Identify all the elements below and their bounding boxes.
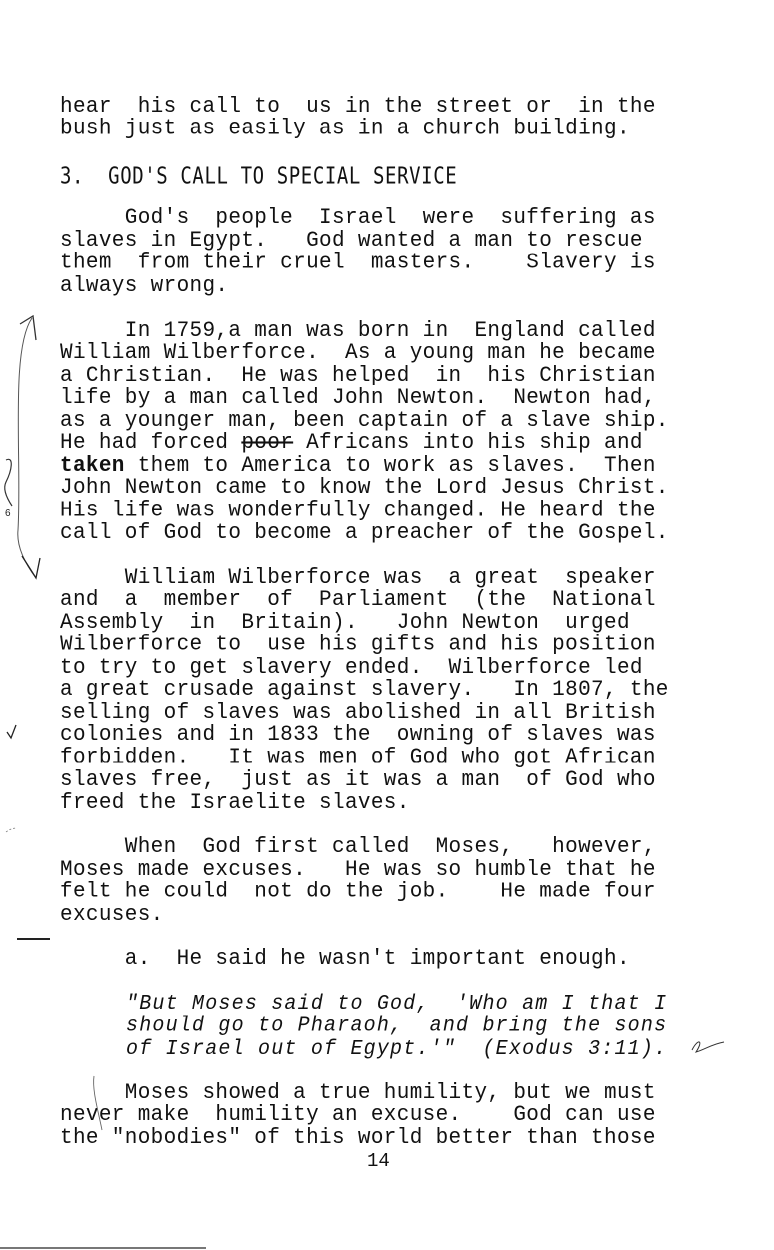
scripture-quote-line: "But Moses said to God, 'Who am I that I: [60, 993, 667, 1016]
scripture-quote-line: of Israel out of Egypt.'" (Exodus 3:11).: [60, 1038, 667, 1061]
list-item: a. He said he wasn't important enough.: [60, 948, 630, 971]
text-line: Moses made excuses. He was so humble tha…: [60, 859, 656, 882]
text-line: Wilberforce to use his gifts and his pos…: [60, 634, 656, 657]
text-line: felt he could not do the job. He made fo…: [60, 881, 656, 904]
text-line: bush just as easily as in a church build…: [60, 118, 630, 141]
struck-word: poor: [241, 431, 293, 455]
text-fragment: them to America to work as slaves. Then: [125, 454, 656, 478]
margin-stroke-icon: [88, 1070, 108, 1150]
text-line: William Wilberforce was a great speaker: [60, 567, 656, 590]
text-line: a great crusade against slavery. In 1807…: [60, 679, 669, 702]
corrected-word: taken: [60, 454, 125, 478]
scripture-quote-line: should go to Pharaoh, and bring the sons: [60, 1015, 667, 1038]
text-fragment: He had forced: [60, 431, 241, 455]
text-line: to try to get slavery ended. Wilberforce…: [60, 657, 643, 680]
text-line: In 1759,a man was born in England called: [60, 320, 656, 343]
text-line: call of God to become a preacher of the …: [60, 522, 669, 545]
text-line: freed the Israelite slaves.: [60, 792, 410, 815]
text-line: William Wilberforce. As a young man he b…: [60, 342, 656, 365]
margin-tick-icon: [5, 820, 35, 850]
text-line: Assembly in Britain). John Newton urged: [60, 612, 630, 635]
text-line: and a member of Parliament (the National: [60, 589, 656, 612]
text-line: selling of slaves was abolished in all B…: [60, 702, 656, 725]
text-line: slaves in Egypt. God wanted a man to res…: [60, 230, 643, 253]
text-line: slaves free, just as it was a man of God…: [60, 769, 656, 792]
section-heading: 3. GOD'S CALL TO SPECIAL SERVICE: [60, 163, 457, 189]
svg-text:6: 6: [5, 508, 11, 519]
checkmark-icon: [4, 722, 20, 742]
text-line: them from their cruel masters. Slavery i…: [60, 252, 656, 275]
text-line: Moses showed a true humility, but we mus…: [60, 1082, 656, 1105]
text-line: as a younger man, been captain of a slav…: [60, 410, 669, 433]
text-line: When God first called Moses, however,: [60, 836, 656, 859]
text-line: always wrong.: [60, 275, 228, 298]
text-line: His life was wonderfully changed. He hea…: [60, 500, 656, 523]
text-line: hear his call to us in the street or in …: [60, 96, 656, 119]
text-line: never make humility an excuse. God can u…: [60, 1104, 656, 1127]
text-line: the "nobodies" of this world better than…: [60, 1127, 656, 1150]
text-line: excuses.: [60, 904, 164, 927]
text-line: life by a man called John Newton. Newton…: [60, 387, 656, 410]
text-fragment: Africans into his ship and: [293, 431, 643, 455]
text-line: forbidden. It was men of God who got Afr…: [60, 747, 656, 770]
text-line: God's people Israel were suffering as: [60, 207, 656, 230]
margin-dash-mark: [17, 938, 50, 940]
handwritten-flourish-icon: [690, 1036, 730, 1056]
document-page: hear his call to us in the street or in …: [0, 0, 774, 1250]
text-line: taken them to America to work as slaves.…: [60, 455, 656, 478]
text-line: a Christian. He was helped in his Christ…: [60, 365, 656, 388]
page-number: 14: [367, 1150, 390, 1172]
text-line: colonies and in 1833 the owning of slave…: [60, 724, 656, 747]
text-line: He had forced poor Africans into his shi…: [60, 432, 643, 455]
text-line: John Newton came to know the Lord Jesus …: [60, 477, 669, 500]
scan-edge-line: [0, 1247, 206, 1249]
margin-arrow-icon: 6: [0, 310, 60, 590]
